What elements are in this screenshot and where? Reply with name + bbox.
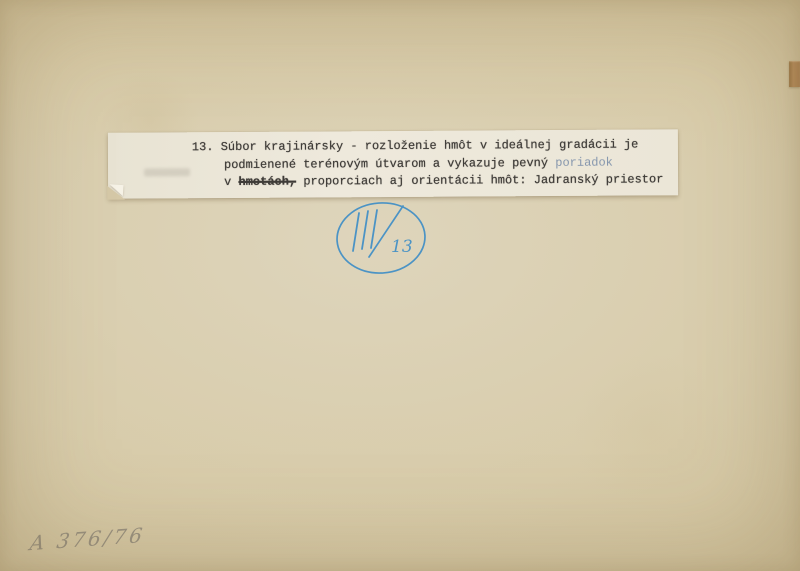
tape-fragment (789, 61, 800, 87)
stamp-numeral-iii (353, 210, 377, 251)
label-line-3: v hmotách, proporciach aj orientácii hmô… (108, 171, 678, 192)
vignette-overlay (0, 0, 800, 571)
line2-faded-word: poriadok (555, 155, 613, 169)
line3-prefix: v (224, 175, 231, 189)
blue-ink-stamp: 13 (328, 196, 438, 284)
stamp-strokes (335, 200, 428, 276)
line3-text: proporciach aj orientácii hmôt: Jadransk… (303, 172, 663, 188)
pencil-inventory-number: A 376/76 (28, 523, 146, 555)
stamp-denominator: 13 (391, 237, 413, 257)
label-corner-cut (107, 186, 125, 200)
item-number: 13. (192, 140, 214, 154)
line3-struck-word: hmotách, (238, 175, 296, 189)
line1-text: Súbor krajinársky - rozloženie hmôt v id… (221, 138, 639, 155)
typewritten-label: 13. Súbor krajinársky - rozloženie hmôt … (108, 129, 678, 198)
paper-tone-overlay (0, 0, 800, 571)
typewritten-text: 13. Súbor krajinársky - rozloženie hmôt … (108, 136, 678, 192)
photo-verso-scan: 13. Súbor krajinársky - rozloženie hmôt … (0, 0, 800, 571)
line2-text: podmienené terénovým útvarom a vykazuje … (224, 156, 548, 172)
